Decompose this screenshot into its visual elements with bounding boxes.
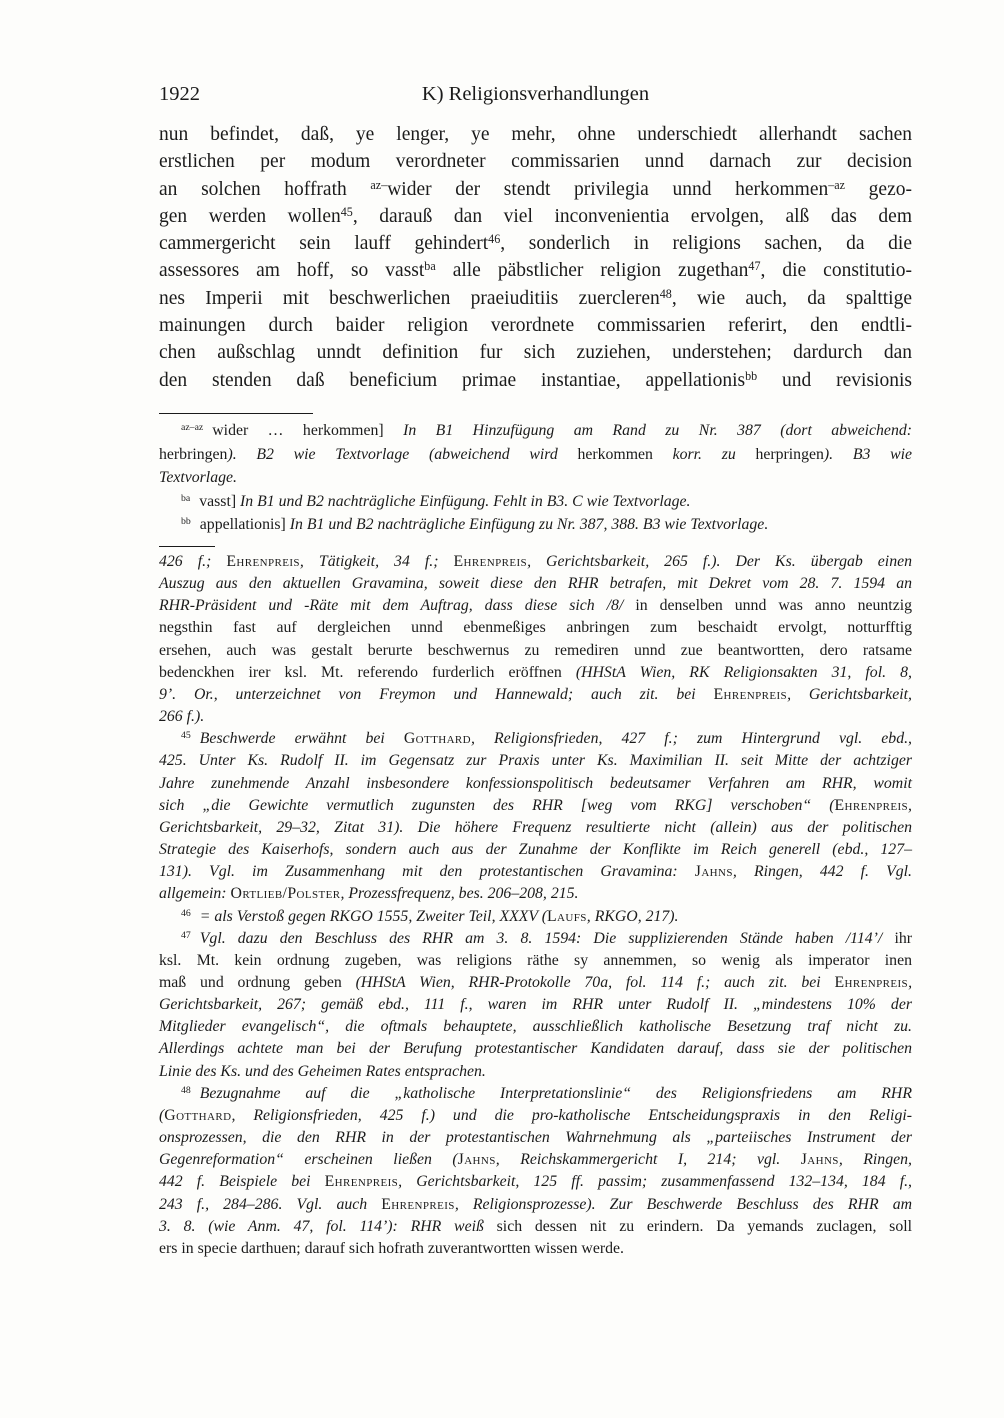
text-segment: chen außschlag unndt definition fur sich… <box>159 342 912 363</box>
superscript-ref: 45 <box>181 730 191 741</box>
text-segment: 425. Unter Ks. Rudolf II. im Gegensatz z… <box>159 752 912 769</box>
text-line: RHR-Präsident und -Räte mit dem Auftrag,… <box>159 595 912 617</box>
text-line: mainungen durch baider religion verordne… <box>159 312 912 339</box>
text-segment: den stenden daß beneficium primae instan… <box>159 370 745 391</box>
text-segment: In B1 Hinzufügung am Rand zu Nr. 387 (do… <box>403 422 912 439</box>
text-segment: , darauß dan viel inconvenientia ervolge… <box>353 206 912 227</box>
text-segment: = als Verstoß gegen RKGO 1555, Zweiter T… <box>200 908 547 925</box>
text-line: 266 f.). <box>159 706 912 728</box>
superscript-ref: –az <box>828 178 845 192</box>
superscript-ref: az–az <box>181 422 203 433</box>
author-name: Jahns <box>695 863 733 880</box>
author-name: Gotthard <box>164 1107 231 1124</box>
text-line: cammergericht sein lauff gehindert46, so… <box>159 230 912 257</box>
text-segment: 442 f. Beispiele bei <box>159 1173 325 1190</box>
text-line: Strategie des Kaiserhofs, sondern auch a… <box>159 839 912 861</box>
text-segment: erstlichen per modum verordneter commiss… <box>159 151 912 172</box>
superscript-ref: 47 <box>181 930 191 941</box>
text-segment: Textvorlage. <box>159 469 237 486</box>
text-segment: Tätigkeit, 34 f.; <box>319 553 454 570</box>
text-segment: Beschwerde erwähnt bei <box>200 730 404 747</box>
text-segment: ). B2 wie Textvorlage (abweichend wird <box>227 446 577 463</box>
text-segment: korr. zu <box>653 446 756 463</box>
text-line: (Gotthard, Religionsfrieden, 425 f.) und… <box>159 1105 912 1127</box>
text-segment: , <box>300 553 319 570</box>
text-line: 48Bezugnahme auf die „katholische Interp… <box>159 1083 912 1105</box>
text-segment: herkommen <box>577 446 652 463</box>
superscript-ref: 47 <box>748 259 760 273</box>
text-segment: Auszug aus den aktuellen Gravamina, sowe… <box>159 575 912 592</box>
text-line: 243 f., 284–286. Vgl. auch Ehrenpreis, R… <box>159 1194 912 1216</box>
text-segment: Reichskammergericht I, 214; vgl. <box>520 1151 801 1168</box>
text-line: den stenden daß beneficium primae instan… <box>159 367 912 394</box>
text-segment: Allerdings achtete man bei der Berufung … <box>159 1040 912 1057</box>
text-line: bedenckhen irer ksl. Mt. referendo furde… <box>159 662 912 684</box>
text-segment: RHR-Präsident und -Räte mit dem Auftrag,… <box>159 597 635 614</box>
running-head: K) Religionsverhandlungen <box>159 83 912 106</box>
text-segment: Gerichtsbarkeit, 267; gemäß ebd., 111 f.… <box>159 996 912 1013</box>
author-name: Laufs <box>547 908 587 925</box>
text-segment: , <box>471 730 494 747</box>
text-segment: 426 f.; <box>159 553 226 570</box>
text-segment: nun befindet, daß, ye lenger, ye mehr, o… <box>159 124 912 145</box>
text-segment: mainungen durch baider religion verordne… <box>159 315 912 336</box>
text-segment: 243 f., 284–286. Vgl. auch <box>159 1196 381 1213</box>
text-line: ksl. Mt. kein ordnung zugeben, was relig… <box>159 950 912 972</box>
author-name: Jahns <box>458 1151 496 1168</box>
text-segment: Religionsprozesse). Zur Beschwerde Besch… <box>473 1196 912 1213</box>
text-segment: Gerichtsbarkeit, <box>809 686 912 703</box>
text-line: negsthin fast auf dergleichen unnd ebenm… <box>159 617 912 639</box>
text-segment: Religionsfrieden, 427 f.; zum Hintergrun… <box>494 730 912 747</box>
text-line: Allerdings achtete man bei der Berufung … <box>159 1038 912 1060</box>
text-segment: (HHStA Wien, RHR-Protokolle 70a, fol. 11… <box>356 974 835 991</box>
text-segment: Strategie des Kaiserhofs, sondern auch a… <box>159 841 912 858</box>
superscript-ref: 48 <box>181 1085 191 1096</box>
text-segment: herpringen <box>755 446 823 463</box>
text-segment: ersehen, auch was gestalt berurte beschw… <box>159 642 912 659</box>
text-line: nun befindet, daß, ye lenger, ye mehr, o… <box>159 121 912 148</box>
text-line: Linie des Ks. und des Geheimen Rates ent… <box>159 1061 912 1083</box>
text-segment: alle päbstlicher religion zugethan <box>436 260 749 281</box>
text-segment: Ringen, 442 f. Vgl. <box>754 863 912 880</box>
text-segment: sich „die Gewichte vermutlich zugunsten … <box>159 797 834 814</box>
text-segment: ksl. Mt. kein ordnung zugeben, was relig… <box>159 952 912 969</box>
text-segment: 3. 8. (wie Anm. 47, fol. 114’): RHR weiß <box>159 1218 497 1235</box>
text-segment: (HHStA Wien, RK Religionsakten 31, fol. … <box>576 664 912 681</box>
book-page: 1922 K) Religionsverhandlungen nun befin… <box>0 0 1004 1418</box>
text-line: 47Vgl. dazu den Beschluss des RHR am 3. … <box>159 928 912 950</box>
text-line: nes Imperii mit beschwerlichen praeiudit… <box>159 285 912 312</box>
text-line: Mitglieder evangelisch“, die oftmals beh… <box>159 1016 912 1038</box>
text-segment: sich dessen nit zu erindern. Da yemands … <box>497 1218 912 1235</box>
footnotes: 426 f.; Ehrenpreis, Tätigkeit, 34 f.; Eh… <box>159 551 912 1260</box>
text-segment: 9’. Or., unterzeichnet von Freymon und H… <box>159 686 714 703</box>
text-segment: onsprozessen, die den RHR in der protest… <box>159 1129 912 1146</box>
text-line: Gerichtsbarkeit, 29–32, Zitat 31). Die h… <box>159 817 912 839</box>
text-line: sich „die Gewichte vermutlich zugunsten … <box>159 795 912 817</box>
text-segment: ihr <box>894 930 912 947</box>
superscript-ref: 46 <box>488 232 500 246</box>
text-line: 45Beschwerde erwähnt bei Gotthard, Relig… <box>159 728 912 750</box>
superscript-ref: bb <box>181 516 191 527</box>
author-name: Ehrenpreis <box>381 1196 455 1213</box>
text-segment: bedenckhen irer ksl. Mt. referendo furde… <box>159 664 576 681</box>
text-line: 442 f. Beispiele bei Ehrenpreis, Gericht… <box>159 1171 912 1193</box>
text-line: maß und ordnung geben (HHStA Wien, RHR-P… <box>159 972 912 994</box>
text-segment: an solchen hoffrath <box>159 179 370 200</box>
text-line: chen außschlag unndt definition fur sich… <box>159 339 912 366</box>
text-segment: , <box>908 797 912 814</box>
text-segment: maß und ordnung geben <box>159 974 356 991</box>
superscript-ref: 46 <box>181 908 191 919</box>
text-segment: allgemein: <box>159 885 231 902</box>
text-segment: 131). Vgl. im Zusammenhang mit den prote… <box>159 863 695 880</box>
text-line: 46= als Verstoß gegen RKGO 1555, Zweiter… <box>159 906 912 928</box>
text-segment: und revisionis <box>757 370 912 391</box>
text-segment: wider … herkommen] <box>212 422 403 439</box>
superscript-ref: bb <box>745 369 757 383</box>
text-segment: , <box>527 553 546 570</box>
author-name: Ehrenpreis <box>226 553 300 570</box>
text-line: gen werden wollen45, darauß dan viel inc… <box>159 203 912 230</box>
text-segment: Gerichtsbarkeit, 125 ff. passim; zusamme… <box>416 1173 912 1190</box>
text-segment: Mitglieder evangelisch“, die oftmals beh… <box>159 1018 912 1035</box>
text-segment: In B1 und B2 nachträgliche Einfügung zu … <box>290 516 769 533</box>
text-line: 426 f.; Ehrenpreis, Tätigkeit, 34 f.; Eh… <box>159 551 912 573</box>
text-line: bavasst] In B1 und B2 nachträgliche Einf… <box>159 490 912 514</box>
text-segment: In B1 und B2 nachträgliche Einfügung. Fe… <box>240 493 690 510</box>
text-line: 9’. Or., unterzeichnet von Freymon und H… <box>159 684 912 706</box>
author-name: Ehrenpreis <box>835 974 909 991</box>
text-line: Textvorlage. <box>159 466 912 490</box>
text-segment: Religionsfrieden, 425 f.) und die pro-ka… <box>253 1107 912 1124</box>
text-segment: cammergericht sein lauff gehindert <box>159 233 488 254</box>
text-segment: , <box>733 863 754 880</box>
text-line: az–azwider … herkommen] In B1 Hinzufügun… <box>159 419 912 443</box>
text-segment: , <box>496 1151 520 1168</box>
text-segment: in denselben unnd was anno neuntzig <box>635 597 912 614</box>
text-segment: , <box>231 1107 253 1124</box>
text-segment: Prozessfrequenz, bes. 206–208, 215. <box>348 885 578 902</box>
author-name: Gotthard <box>404 730 471 747</box>
author-name: Ehrenpreis <box>714 686 788 703</box>
author-name: Jahns <box>801 1151 839 1168</box>
critical-apparatus: az–azwider … herkommen] In B1 Hinzufügun… <box>159 419 912 537</box>
author-name: Ehrenpreis <box>834 797 908 814</box>
text-segment: Jahre zunehmende Anzahl insbesondere kon… <box>159 775 912 792</box>
text-segment: gezo- <box>845 179 912 200</box>
text-segment: , <box>787 686 809 703</box>
text-segment: nes Imperii mit beschwerlichen praeiudit… <box>159 288 660 309</box>
text-line: Jahre zunehmende Anzahl insbesondere kon… <box>159 773 912 795</box>
text-segment: Bezugnahme auf die „katholische Interpre… <box>200 1085 912 1102</box>
text-line: onsprozessen, die den RHR in der protest… <box>159 1127 912 1149</box>
text-segment: Gerichtsbarkeit, 29–32, Zitat 31). Die h… <box>159 819 912 836</box>
text-line: 131). Vgl. im Zusammenhang mit den prote… <box>159 861 912 883</box>
text-line: allgemein: Ortlieb/Polster, Prozessfrequ… <box>159 883 912 905</box>
text-line: 3. 8. (wie Anm. 47, fol. 114’): RHR weiß… <box>159 1216 912 1238</box>
text-segment: ). B3 wie <box>824 446 912 463</box>
author-name: Ehrenpreis <box>325 1173 399 1190</box>
text-line: Gegenreformation“ erscheinen ließen (Jah… <box>159 1149 912 1171</box>
author-name: Ortlieb/Polster <box>231 885 341 902</box>
main-text: nun befindet, daß, ye lenger, ye mehr, o… <box>159 121 912 394</box>
text-line: herbringen). B2 wie Textvorlage (abweich… <box>159 443 912 467</box>
text-segment: , <box>908 974 912 991</box>
text-line: assessores am hoff, so vasstba alle päbs… <box>159 257 912 284</box>
text-segment: gen werden wollen <box>159 206 341 227</box>
text-segment: ers in specie darthuen; darauf sich hofr… <box>159 1240 624 1257</box>
page-header: 1922 K) Religionsverhandlungen <box>159 83 912 111</box>
text-segment: appellationis] <box>200 516 290 533</box>
text-line: Auszug aus den aktuellen Gravamina, sowe… <box>159 573 912 595</box>
text-segment: , <box>455 1196 473 1213</box>
superscript-ref: ba <box>424 259 435 273</box>
text-segment: , wie auch, da spalttige <box>672 288 912 309</box>
superscript-ref: az– <box>370 178 387 192</box>
text-line: an solchen hoffrath az–wider der stendt … <box>159 176 912 203</box>
text-line: erstlichen per modum verordneter commiss… <box>159 148 912 175</box>
text-segment: RKGO, 217). <box>595 908 679 925</box>
page-number: 1922 <box>159 83 200 106</box>
text-segment: , <box>839 1151 863 1168</box>
text-segment: vasst] <box>199 493 240 510</box>
text-line: bbappellationis] In B1 und B2 nachträgli… <box>159 513 912 537</box>
text-segment: , <box>587 908 595 925</box>
text-segment: assessores am hoff, so vasst <box>159 260 424 281</box>
text-line: Gerichtsbarkeit, 267; gemäß ebd., 111 f.… <box>159 994 912 1016</box>
text-line: ersehen, auch was gestalt berurte beschw… <box>159 640 912 662</box>
text-segment: Gerichtsbarkeit, 265 f.). Der Ks. überga… <box>546 553 912 570</box>
superscript-ref: ba <box>181 493 190 504</box>
text-segment: Ringen, <box>863 1151 912 1168</box>
text-segment: Gegenreformation“ erscheinen ließen ( <box>159 1151 458 1168</box>
superscript-ref: 48 <box>660 287 672 301</box>
text-segment: , <box>398 1173 416 1190</box>
text-segment: Linie des Ks. und des Geheimen Rates ent… <box>159 1063 486 1080</box>
text-segment: wider der stendt privilegia unnd herkomm… <box>387 179 828 200</box>
text-segment: 266 f.). <box>159 708 204 725</box>
text-segment: herbringen <box>159 446 227 463</box>
author-name: Ehrenpreis <box>454 553 528 570</box>
text-line: 425. Unter Ks. Rudolf II. im Gegensatz z… <box>159 750 912 772</box>
text-segment: negsthin fast auf dergleichen unnd ebenm… <box>159 619 912 636</box>
text-line: ers in specie darthuen; darauf sich hofr… <box>159 1238 912 1260</box>
footnote-separator-rule <box>159 546 215 547</box>
text-segment: , die constitutio- <box>760 260 912 281</box>
text-segment: Vgl. dazu den Beschluss des RHR am 3. 8.… <box>200 930 895 947</box>
superscript-ref: 45 <box>341 205 353 219</box>
text-segment: , sonderlich in religions sachen, da die <box>500 233 912 254</box>
apparatus-separator-rule <box>159 413 313 414</box>
